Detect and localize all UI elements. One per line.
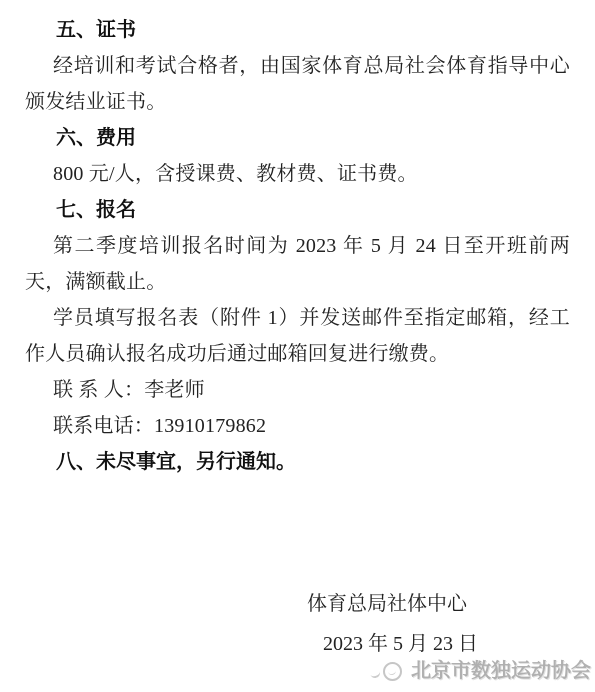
heading-fee: 六、费用 xyxy=(25,120,570,156)
para-certificate: 经培训和考试合格者，由国家体育总局社会体育指导中心颁发结业证书。 xyxy=(25,48,570,120)
para-fee: 800 元/人，含授课费、教材费、证书费。 xyxy=(25,156,570,192)
heading-registration: 七、报名 xyxy=(25,192,570,228)
signature-block: 体育总局社体中心 2023 年 5 月 23 日 xyxy=(0,592,595,656)
document-body: 五、证书 经培训和考试合格者，由国家体育总局社会体育指导中心颁发结业证书。 六、… xyxy=(0,0,595,480)
association-seal-icon xyxy=(370,662,402,681)
para-contact-phone: 联系电话：13910179862 xyxy=(25,408,570,444)
seal-circle-shape xyxy=(383,662,402,681)
heading-certificate: 五、证书 xyxy=(25,12,570,48)
document-page: 五、证书 经培训和考试合格者，由国家体育总局社会体育指导中心颁发结业证书。 六、… xyxy=(0,0,595,692)
signature-date: 2023 年 5 月 23 日 xyxy=(0,632,595,656)
para-contact-person: 联 系 人：李老师 xyxy=(25,372,570,408)
para-registration-time: 第二季度培训报名时间为 2023 年 5 月 24 日至开班前两天，满额截止。 xyxy=(25,228,570,300)
para-registration-method: 学员填写报名表（附件 1）并发送邮件至指定邮箱，经工作人员确认报名成功后通过邮箱… xyxy=(25,300,570,372)
heading-misc-notice: 八、未尽事宜，另行通知。 xyxy=(25,444,570,480)
signature-org: 体育总局社体中心 xyxy=(0,592,595,616)
watermark-text: 北京市数独运动协会 xyxy=(411,660,591,682)
watermark: 北京市数独运动协会 xyxy=(370,660,591,682)
seal-swoosh-shape xyxy=(369,667,382,680)
